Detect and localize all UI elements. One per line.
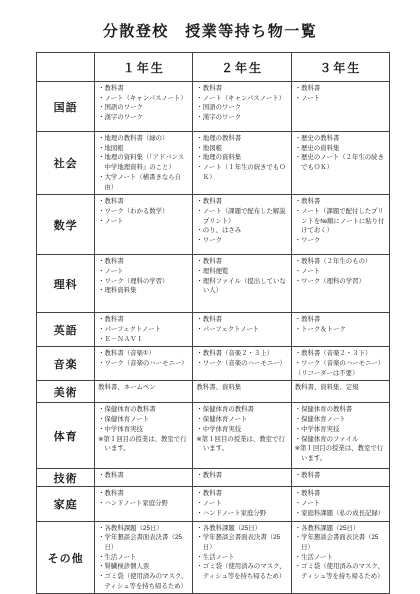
item-line: ※第１回目の授業は、教室で行います。 (98, 435, 189, 454)
items-cell: 教科書、資料集、定規 (291, 381, 389, 403)
item-line: ・生活ノート (196, 553, 287, 563)
subject-cell: 国語 (37, 82, 95, 132)
item-line: ・保健体育ノート (295, 415, 386, 425)
items-cell: ・教科書・ノート・ワーク（理科の学習）・理科資料集 (95, 255, 193, 313)
item-line: 教科書、資料集、定規 (295, 383, 386, 393)
item-line: ・ゴミ袋（使用済みのマスク、ティシュ等を持ち帰るため） (98, 572, 189, 591)
subject-cell: 体育 (37, 403, 95, 469)
item-line: ・地図帳 (98, 144, 189, 154)
item-line: ・教科書 (196, 471, 287, 481)
bring-items-table: １年生 ２年生 ３年生 国語・教科書・ノート（キャンパスノート）・国語のワーク・… (36, 52, 390, 594)
document-page: 分散登校 授業等持ち物一覧 １年生 ２年生 ３年生 国語・教科書・ノート（キャン… (0, 0, 420, 594)
item-line: ・生活ノート (295, 553, 386, 563)
item-line: ・教科書 (98, 315, 189, 325)
item-line: ・地図帳 (196, 144, 287, 154)
item-line: ・教科書 (196, 257, 287, 267)
item-line: ・各教科課題（25日） (295, 524, 386, 534)
item-line: ・パーフェクトノート (196, 325, 287, 335)
subject-cell: 英語 (37, 313, 95, 347)
item-line: ・教科書 (98, 84, 189, 94)
item-line: ・地理の教科書（緑の） (98, 134, 189, 144)
table-row: 英語・教科書・パーフェクトノート・Ｅ－ＮＡＶＩ・教科書・パーフェクトノート・教科… (37, 313, 390, 347)
item-line: ・教科書 (196, 315, 287, 325)
item-line: ・地理の資料集（『アドバンス中学地理資料』のこと） (98, 153, 189, 172)
item-line: ・生活ノート (98, 553, 189, 563)
item-line: ・教科書 (295, 471, 386, 481)
items-cell: ・教科書・ノート（課題で配付したプリントを№順にノートに貼り付けておく）・ワーク (291, 195, 389, 255)
item-line: ・各教科課題（25日） (98, 524, 189, 534)
item-line: ・国語のワーク (196, 103, 287, 113)
item-line: ・腎臓検診個人票 (98, 562, 189, 572)
item-line: ・ノート (295, 499, 386, 509)
items-cell: ・教科書・ノート（キャンパスノート）・国語のワーク・漢字のワーク (193, 82, 291, 132)
table-row: 技術・教科書・教科書・教科書 (37, 469, 390, 487)
item-line: ・教科書（音楽２・３上） (196, 349, 287, 359)
col-header-grade2: ２年生 (193, 53, 291, 82)
item-line: ・保健体育のファイル (295, 435, 386, 445)
item-line: ・教科書 (295, 84, 386, 94)
table-header: １年生 ２年生 ３年生 (37, 53, 390, 82)
corner-cell (37, 53, 95, 82)
item-line: ・ゴミ袋（使用済みのマスク、ティシュ等を持ち帰るため） (295, 562, 386, 581)
items-cell: ・教科書（２年生のもの）・ノート・ワーク（理科の学習） (291, 255, 389, 313)
items-cell: ・教科書（音楽①）・ワーク（音楽のハーモニー） (95, 347, 193, 381)
item-line: ・ノート（キャンパスノート） (196, 94, 287, 104)
item-line: ・ノート（キャンパスノート） (98, 94, 189, 104)
item-line: （リコーダーは不要） (295, 369, 386, 379)
item-line: ※第１回目の授業は、教室で行います。 (196, 435, 287, 454)
items-cell: ・教科書・ワーク（わかる数学）・ノート (95, 195, 193, 255)
item-line: ・ワーク（わかる数学） (98, 207, 189, 217)
item-line: ・ワーク（音楽のハーモニー） (98, 359, 189, 369)
item-line: ・学年懇談会書面表決書（25日） (98, 533, 189, 552)
items-cell: ・教科書（音楽２・３下）・ワーク（音楽のハーモニー）（リコーダーは不要） (291, 347, 389, 381)
table-row: 音楽・教科書（音楽①）・ワーク（音楽のハーモニー）・教科書（音楽２・３上）・ワー… (37, 347, 390, 381)
table-row: その他・各教科課題（25日）・学年懇談会書面表決書（25日）・生活ノート・腎臓検… (37, 521, 390, 594)
items-cell: ・保健体育の教科書・保健体育ノート・中学体育実技※第１回目の授業は、教室で行いま… (95, 403, 193, 469)
items-cell: ・教科書・理科便覧・理科ファイル（提出していない人） (193, 255, 291, 313)
item-line: ・トーク＆トーク (295, 325, 386, 335)
item-line: ・中学体育実技 (295, 425, 386, 435)
item-line: ・ノート（課題で配付したプリントを№順にノートに貼り付けておく） (295, 207, 386, 236)
item-line: ・理科ファイル（提出していない人） (196, 277, 287, 296)
item-line: ・ノート (98, 217, 189, 227)
item-line: ・各教科課題（25日） (196, 524, 287, 534)
item-line: ・教科書 (98, 197, 189, 207)
items-cell: ・保健体育の教科書・保健体育ノート・中学体育実技・保健体育のファイル※第１回目の… (291, 403, 389, 469)
item-line: ・大学ノート（横書きなら自由） (98, 173, 189, 192)
item-line: ・保健体育の教科書 (295, 405, 386, 415)
items-cell: ・教科書・パーフェクトノート・Ｅ－ＮＡＶＩ (95, 313, 193, 347)
item-line: ・保健体育の教科書 (196, 405, 287, 415)
items-cell: ・教科書・ノート（課題で配布した解説プリント）・のり、はさみ・ワーク (193, 195, 291, 255)
table-row: 数学・教科書・ワーク（わかる数学）・ノート・教科書・ノート（課題で配布した解説プ… (37, 195, 390, 255)
item-line: ・ハンドノート家庭分野 (196, 509, 287, 519)
item-line: ・教科書 (196, 84, 287, 94)
items-cell: 教科書、ネームペン (95, 381, 193, 403)
item-line: ・教科書 (295, 489, 386, 499)
col-header-grade1: １年生 (95, 53, 193, 82)
item-line: ・国語のワーク (98, 103, 189, 113)
col-header-grade3: ３年生 (291, 53, 389, 82)
item-line: ・保健体育ノート (196, 415, 287, 425)
item-line: ・保健体育の教科書 (98, 405, 189, 415)
item-line: ・ノート（１年生の続きでもＯＫ） (196, 163, 287, 182)
item-line: ・教科書（２年生のもの） (295, 257, 386, 267)
item-line: ・家庭科課題（私の成長記録） (295, 509, 386, 519)
table-row: 美術教科書、ネームペン教科書、資料集教科書、資料集、定規 (37, 381, 390, 403)
items-cell: ・教科書・ノート・ハンドノート家庭分野 (193, 487, 291, 521)
item-line: ・ノート (98, 267, 189, 277)
item-line: ・学年懇談会書面表決書（25日） (295, 533, 386, 552)
item-line: ・理科便覧 (196, 267, 287, 277)
items-cell: ・教科書 (193, 469, 291, 487)
item-line: ・教科書（音楽２・３下） (295, 349, 386, 359)
header-row: １年生 ２年生 ３年生 (37, 53, 390, 82)
item-line: ・教科書 (196, 197, 287, 207)
items-cell: 教科書、資料集 (193, 381, 291, 403)
item-line: ・ゴミ袋（使用済みのマスク、ティシュ等を持ち帰るため） (196, 562, 287, 581)
item-line: ・ノート (196, 499, 287, 509)
item-line: ・歴史の資料集 (295, 144, 386, 154)
item-line: ・教科書 (98, 257, 189, 267)
items-cell: ・教科書（音楽２・３上）・ワーク（音楽のハーモニー） (193, 347, 291, 381)
item-line: 教科書、ネームペン (98, 383, 189, 393)
item-line: ・教科書 (196, 489, 287, 499)
table-row: 社会・地理の教科書（緑の）・地図帳・地理の資料集（『アドバンス中学地理資料』のこ… (37, 132, 390, 195)
item-line: ・ワーク (196, 236, 287, 246)
item-line: ・Ｅ－ＮＡＶＩ (98, 335, 189, 345)
item-line: ・歴史のノート（２年生の続きでもＯＫ） (295, 153, 386, 172)
subject-cell: 理科 (37, 255, 95, 313)
items-cell: ・教科書・トーク＆トーク (291, 313, 389, 347)
table-row: 体育・保健体育の教科書・保健体育ノート・中学体育実技※第１回目の授業は、教室で行… (37, 403, 390, 469)
items-cell: ・教科書・ノート (291, 82, 389, 132)
item-line: ・地理の教科書 (196, 134, 287, 144)
items-cell: ・教科書・パーフェクトノート (193, 313, 291, 347)
item-line: ※第１回目の授業は、教室で行います。 (295, 444, 386, 463)
table-row: 家庭・教科書・ハンドノート家庭分野・教科書・ノート・ハンドノート家庭分野・教科書… (37, 487, 390, 521)
item-line: ・漢字のワーク (196, 113, 287, 123)
items-cell: ・教科書・ノート・家庭科課題（私の成長記録） (291, 487, 389, 521)
item-line: ・保健体育ノート (98, 415, 189, 425)
item-line: ・地理の資料集 (196, 153, 287, 163)
page-title: 分散登校 授業等持ち物一覧 (0, 0, 420, 41)
items-cell: ・保健体育の教科書・保健体育ノート・中学体育実技※第１回目の授業は、教室で行いま… (193, 403, 291, 469)
item-line: ・ハンドノート家庭分野 (98, 499, 189, 509)
item-line: ・中学体育実技 (196, 425, 287, 435)
subject-cell: 技術 (37, 469, 95, 487)
subject-cell: その他 (37, 521, 95, 594)
item-line: ・教科書 (295, 315, 386, 325)
item-line: ・ワーク（理科の学習） (98, 277, 189, 287)
items-cell: ・地理の教科書（緑の）・地図帳・地理の資料集（『アドバンス中学地理資料』のこと）… (95, 132, 193, 195)
item-line: ・歴史の教科書 (295, 134, 386, 144)
subject-cell: 社会 (37, 132, 95, 195)
items-cell: ・地理の教科書・地図帳・地理の資料集・ノート（１年生の続きでもＯＫ） (193, 132, 291, 195)
table-row: 理科・教科書・ノート・ワーク（理科の学習）・理科資料集・教科書・理科便覧・理科フ… (37, 255, 390, 313)
items-cell: ・教科書・ハンドノート家庭分野 (95, 487, 193, 521)
item-line: ・漢字のワーク (98, 113, 189, 123)
item-line: ・ワーク (295, 236, 386, 246)
item-line: ・ワーク（音楽のハーモニー） (295, 359, 386, 369)
item-line: ・ノート (295, 94, 386, 104)
subject-cell: 音楽 (37, 347, 95, 381)
item-line: ・教科書（音楽①） (98, 349, 189, 359)
item-line: ・教科書 (98, 489, 189, 499)
item-line: ・中学体育実技 (98, 425, 189, 435)
item-line: ・ノート（課題で配布した解説プリント） (196, 207, 287, 226)
item-line: ・理科資料集 (98, 286, 189, 296)
items-cell: ・各教科課題（25日）・学年懇談会書面表決書（25日）・生活ノート・腎臓検診個人… (95, 521, 193, 594)
table-row: 国語・教科書・ノート（キャンパスノート）・国語のワーク・漢字のワーク・教科書・ノ… (37, 82, 390, 132)
item-line: ・ノート (295, 267, 386, 277)
item-line: 教科書、資料集 (196, 383, 287, 393)
bring-items-table-body: 国語・教科書・ノート（キャンパスノート）・国語のワーク・漢字のワーク・教科書・ノ… (37, 82, 390, 594)
item-line: ・のり、はさみ (196, 226, 287, 236)
items-cell: ・歴史の教科書・歴史の資料集・歴史のノート（２年生の続きでもＯＫ） (291, 132, 389, 195)
subject-cell: 家庭 (37, 487, 95, 521)
items-cell: ・各教科課題（25日）・学年懇談会書面表決書（25日）・生活ノート・ゴミ袋（使用… (193, 521, 291, 594)
items-cell: ・教科書・ノート（キャンパスノート）・国語のワーク・漢字のワーク (95, 82, 193, 132)
item-line: ・ワーク（理科の学習） (295, 277, 386, 287)
subject-cell: 美術 (37, 381, 95, 403)
subject-cell: 数学 (37, 195, 95, 255)
items-cell: ・各教科課題（25日）・学年懇談会書面表決書（25日）・生活ノート・ゴミ袋（使用… (291, 521, 389, 594)
item-line: ・教科書 (295, 197, 386, 207)
item-line: ・学年懇談会書面表決書（25日） (196, 533, 287, 552)
items-cell: ・教科書 (291, 469, 389, 487)
item-line: ・ワーク（音楽のハーモニー） (196, 359, 287, 369)
item-line: ・教科書 (98, 471, 189, 481)
items-cell: ・教科書 (95, 469, 193, 487)
item-line: ・パーフェクトノート (98, 325, 189, 335)
